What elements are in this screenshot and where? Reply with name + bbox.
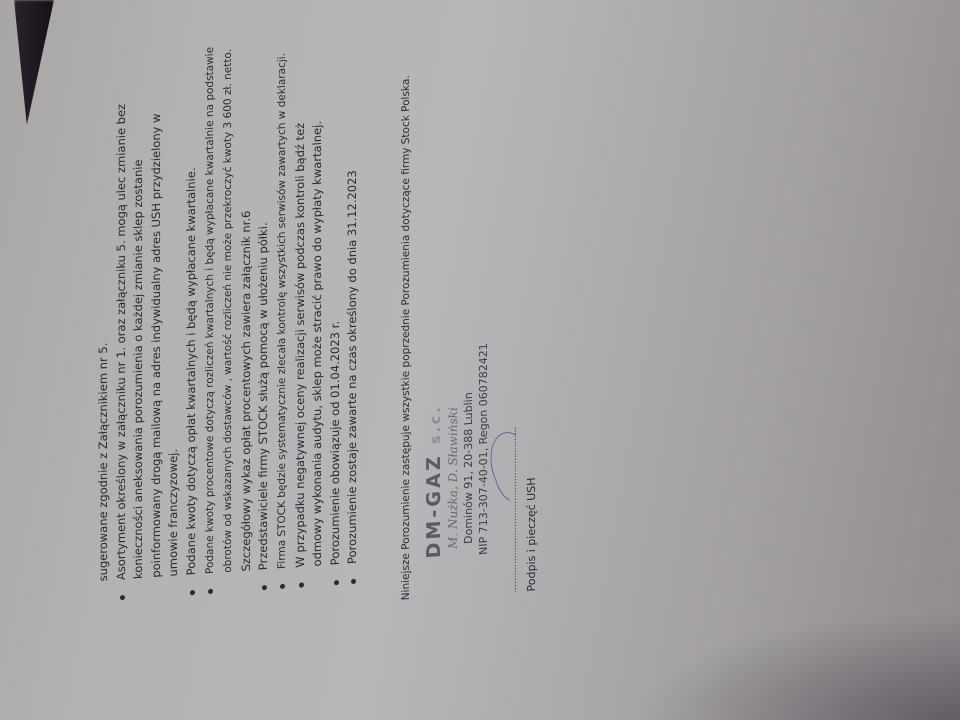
list-item: poinformowany drogą mailową na adres ind…: [148, 0, 166, 578]
list-item-text: Porozumienie zostaje zawarte na czas okr…: [345, 170, 359, 565]
company-stamp: DM-GAZ s.c. M. Nużka, D. Sławiński Domin…: [424, 0, 491, 559]
stamp-address: Dominów 91, 20-388 Lublin: [461, 0, 476, 556]
signature-label: Podpis i pieczęć USH: [523, 0, 541, 592]
bullet-icon: [190, 590, 195, 595]
photo-shadow-corner: [630, 610, 960, 720]
bullet-icon: [280, 584, 285, 589]
list-item-text: sugerowane zgodnie z Załącznikiem nr 5.: [96, 342, 110, 582]
list-item: Firma STOCK będzie systematycznie zlecał…: [273, 0, 292, 570]
list-item: W przypadku negatywnej oceny realizacji …: [292, 0, 310, 568]
list-item-text: Porozumienie obowiązuje od 01.04.2023 r.: [328, 321, 342, 566]
list-item-text: Podane kwoty procentowe dotyczą rozlicze…: [204, 47, 216, 575]
document-page: sugerowane zgodnie z Załącznikiem nr 5.A…: [95, 0, 565, 582]
bullet-icon: [208, 589, 213, 594]
terms-list: sugerowane zgodnie z Załącznikiem nr 5.A…: [95, 0, 362, 582]
list-item-text: Podane kwoty dotyczą opłat kwartalnych i…: [184, 167, 198, 576]
bullet-icon: [120, 595, 125, 600]
list-item: konieczności aneksowania porozumienia o …: [130, 0, 148, 580]
list-item-text: umowie franczyzowej.: [166, 448, 180, 577]
bullet-icon: [299, 582, 304, 587]
bullet-icon: [334, 580, 339, 585]
list-item: obrotów od wskazanych dostawców , wartoś…: [219, 0, 238, 573]
bullet-icon: [262, 585, 267, 590]
list-item-text: Asortyment określony w załączniku nr 1. …: [114, 103, 128, 580]
list-item-text: Firma STOCK będzie systematycznie zlecał…: [276, 53, 288, 570]
list-item: Asortyment określony w załączniku nr 1. …: [113, 0, 131, 581]
stamp-nip: NIP 713-307-40-01, Regon 060782421: [476, 0, 491, 555]
list-item: umowie franczyzowej.: [165, 0, 183, 577]
stamp-logo: DM-GAZ s.c.: [424, 0, 446, 559]
list-item: Porozumienie zostaje zawarte na czas okr…: [344, 0, 362, 565]
signature-line: ........................................…: [509, 0, 519, 593]
photo-shadow-wedge: [14, 0, 54, 125]
list-item: Podane kwoty dotyczą opłat kwartalnych i…: [183, 0, 201, 576]
list-item-text: W przypadku negatywnej oceny realizacji …: [293, 122, 307, 568]
closing-statement: Niniejsze Porozumienie zastępuje wszystk…: [398, 0, 416, 601]
list-item-text: konieczności aneksowania porozumienia o …: [131, 159, 145, 579]
list-item-text: Szczegółowy wykaz opłat procentowych zaw…: [239, 210, 253, 572]
list-item-text: obrotów od wskazanych dostawców , wartoś…: [222, 49, 234, 574]
list-item: odmowy wykonania audytu, sklep może stra…: [309, 0, 327, 567]
list-item: Podane kwoty procentowe dotyczą rozlicze…: [201, 0, 220, 575]
list-item-text: Przedstawiciele firmy STOCK służą pomocą…: [256, 222, 270, 571]
list-item: Szczegółowy wykaz opłat procentowych zaw…: [238, 0, 256, 572]
list-item: Przedstawiciele firmy STOCK służą pomocą…: [255, 0, 273, 571]
list-item: Porozumienie obowiązuje od 01.04.2023 r.: [327, 0, 345, 566]
list-item-text: odmowy wykonania audytu, sklep może stra…: [310, 121, 324, 567]
list-item-text: poinformowany drogą mailową na adres ind…: [149, 113, 163, 578]
bullet-icon: [351, 579, 356, 584]
stamp-names: M. Nużka, D. Sławiński: [446, 0, 461, 557]
list-item: sugerowane zgodnie z Załącznikiem nr 5.: [95, 0, 113, 582]
